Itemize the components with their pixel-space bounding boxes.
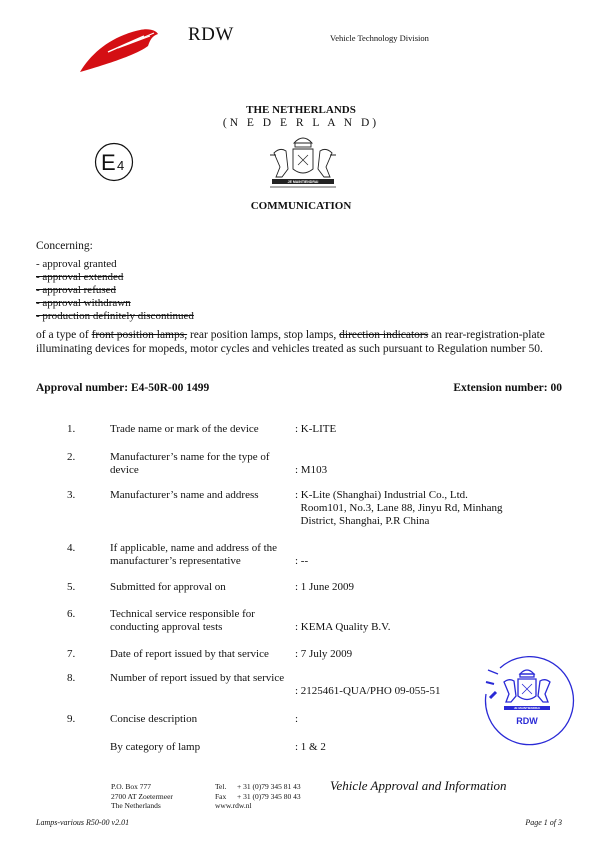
item-number: 2. xyxy=(67,451,75,464)
concerning-option: - approval extended xyxy=(36,271,194,284)
stamp-motto: JE MAINTIENDRAI xyxy=(514,706,541,710)
item-value: : K-LITE xyxy=(295,423,565,436)
item-number: 4. xyxy=(67,542,75,555)
item-value: : 1 June 2009 xyxy=(295,581,565,594)
item-number: 8. xyxy=(67,672,75,685)
item-label: Technical service responsible for conduc… xyxy=(110,608,290,634)
item-number: 5. xyxy=(67,581,75,594)
emark-letter: E xyxy=(101,150,116,175)
paragraph-text: rear position lamps, stop lamps, xyxy=(187,329,339,341)
item-value: : KEMA Quality B.V. xyxy=(295,621,565,634)
footer-address-line: 2700 AT Zoetermeer xyxy=(111,792,173,802)
approval-number: Approval number: E4-50R-00 1499 xyxy=(36,382,209,394)
item-value: : M103 xyxy=(295,464,565,477)
item-number: 6. xyxy=(67,608,75,621)
item-value: : -- xyxy=(295,555,565,568)
website-link[interactable]: www.rdw.nl xyxy=(215,801,301,811)
item-number: 3. xyxy=(67,489,75,502)
concerning-label: Concerning: xyxy=(36,240,93,252)
stamp-text: RDW xyxy=(516,716,538,726)
struck-text: front position lamps, xyxy=(92,329,188,341)
footer-address-line: The Netherlands xyxy=(111,801,173,811)
rdw-feather-logo-icon xyxy=(78,22,160,74)
extension-number: Extension number: 00 xyxy=(453,382,562,394)
item-label: Manufacturer’s name for the type of devi… xyxy=(110,451,290,477)
footer-department: Vehicle Approval and Information xyxy=(330,778,507,794)
e-mark-icon: E 4 xyxy=(94,142,134,182)
footer-contact: Tel.+ 31 (0)79 345 81 43 Fax+ 31 (0)79 3… xyxy=(215,782,301,811)
item-label: Concise description xyxy=(110,713,290,726)
page-number: Page 1 of 3 xyxy=(525,818,562,827)
country-native-name: (N E D E R L A N D) xyxy=(0,117,602,129)
concerning-option: - production definitely discontinued xyxy=(36,310,194,323)
concerning-option: - approval withdrawn xyxy=(36,297,194,310)
type-description-paragraph: of a type of front position lamps, rear … xyxy=(36,328,566,356)
org-name: RDW xyxy=(188,24,234,46)
rdw-stamp-icon: JE MAINTIENDRAI RDW xyxy=(480,656,575,751)
tel-label: Tel. xyxy=(215,782,237,792)
concerning-option: - approval refused xyxy=(36,284,194,297)
country-name: THE NETHERLANDS xyxy=(0,104,602,116)
tel-number: + 31 (0)79 345 81 43 xyxy=(237,782,301,791)
footer-address-line: P.O. Box 777 xyxy=(111,782,173,792)
fax-label: Fax xyxy=(215,792,237,802)
item-number: 9. xyxy=(67,713,75,726)
division-name: Vehicle Technology Division xyxy=(330,33,429,43)
item-label: By category of lamp xyxy=(110,741,290,754)
fax-number: + 31 (0)79 345 80 43 xyxy=(237,792,301,801)
document-reference: Lamps-various R50-00 v2.01 xyxy=(36,818,129,827)
emark-number: 4 xyxy=(117,158,124,173)
item-label: If applicable, name and address of the m… xyxy=(110,542,290,568)
coat-motto: JE MAINTIENDRAI xyxy=(288,180,319,184)
item-label: Submitted for approval on xyxy=(110,581,290,594)
document-title: COMMUNICATION xyxy=(0,200,602,212)
item-label: Number of report issued by that service xyxy=(110,672,290,685)
item-number: 1. xyxy=(67,423,75,436)
item-value: : K-Lite (Shanghai) Industrial Co., Ltd.… xyxy=(295,489,565,528)
concerning-options: - approval granted- approval extended- a… xyxy=(36,258,194,323)
concerning-option: - approval granted xyxy=(36,258,194,271)
item-label: Trade name or mark of the device xyxy=(110,423,290,436)
footer-address: P.O. Box 777 2700 AT Zoetermeer The Neth… xyxy=(111,782,173,811)
coat-of-arms-icon: JE MAINTIENDRAI xyxy=(266,133,340,191)
item-label: Date of report issued by that service xyxy=(110,648,290,661)
paragraph-text: of a type of xyxy=(36,329,92,341)
item-label: Manufacturer’s name and address xyxy=(110,489,290,502)
struck-text: direction indicators xyxy=(339,329,428,341)
item-number: 7. xyxy=(67,648,75,661)
